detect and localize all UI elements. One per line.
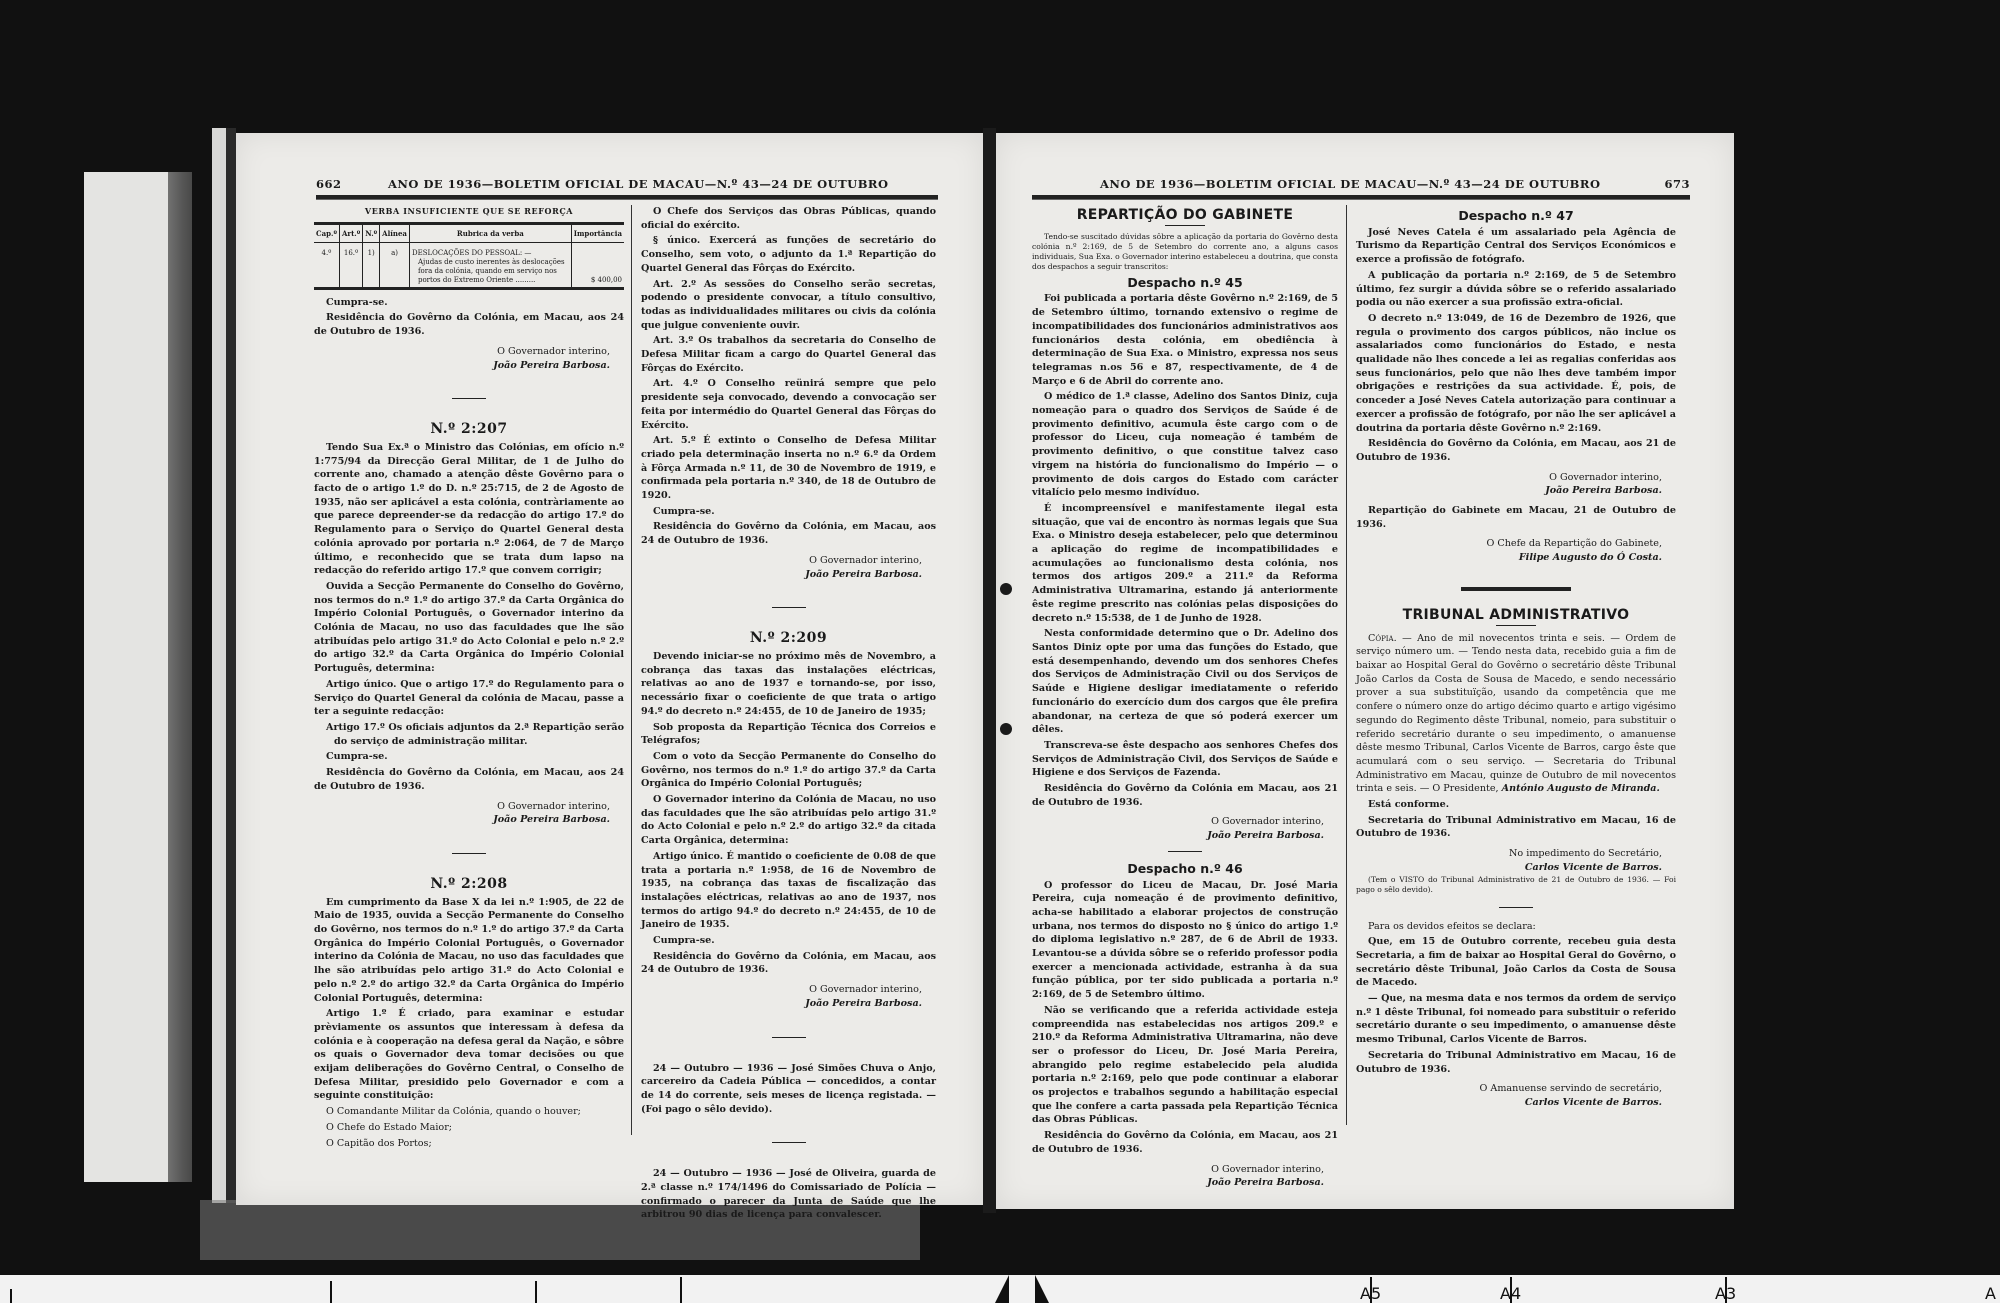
paragraph: O Chefe dos Serviços das Obras Públicas,… (641, 205, 936, 232)
binding-hole (1000, 583, 1012, 595)
signature-block: O Governador interino, João Pereira Barb… (1356, 471, 1676, 498)
section-divider (772, 1037, 806, 1038)
ruler-tick (10, 1289, 12, 1303)
despacho-46-body: O professor do Liceu de Macau, Dr. José … (1032, 879, 1338, 1128)
paragraph: § único. Exercerá as funções de secretár… (641, 234, 936, 275)
table-cell: 1) (363, 242, 380, 288)
signature-block: O Governador interino, João Pereira Barb… (314, 800, 624, 827)
section-divider (452, 853, 486, 854)
paragraph: Art. 5.º É extinto o Conselho de Defesa … (641, 434, 936, 503)
signatory-name: João Pereira Barbosa. (1032, 1176, 1324, 1190)
section-divider (1499, 907, 1533, 908)
thick-divider (1461, 587, 1571, 591)
paragraph: Que, em 15 de Outubro corrente, recebeu … (1356, 935, 1676, 990)
rubrica-cell: DESLOCAÇÕES DO PESSOAL: —Ajudas de custo… (409, 242, 571, 288)
signature-block: O Amanuense servindo de secretário, Carl… (1356, 1082, 1676, 1109)
paragraph: — Que, na mesma data e nos termos da ord… (1356, 992, 1676, 1047)
left-column-2: O Chefe dos Serviços das Obras Públicas,… (641, 205, 936, 1224)
decree-number: N.º 2:209 (641, 632, 936, 646)
secretaria-line: Secretaria do Tribunal Administrativo em… (1356, 1049, 1676, 1076)
paragraph: Com o voto da Secção Permanente do Conse… (641, 750, 936, 791)
signature-block: O Governador interino, João Pereira Barb… (1032, 815, 1338, 842)
declara-line: Para os devidos efeitos se declara: (1356, 920, 1676, 934)
table-header-cell: Importância (571, 223, 624, 242)
microfilm-ruler: A5 A4 A3 A (0, 1275, 2000, 1303)
paragraph: O Comandante Militar da Colónia, quando … (314, 1105, 624, 1119)
section-title: REPARTIÇÃO DO GABINETE (1032, 209, 1338, 223)
signatory-name: João Pereira Barbosa. (641, 568, 922, 582)
signature-block: O Chefe da Repartição do Gabinete, Filip… (1356, 537, 1676, 564)
cumpra-se: Cumpra-se. (314, 750, 624, 764)
table-header-cell: Rubrica da verba (409, 223, 571, 242)
table-cell: 4.º (314, 242, 339, 288)
residencia-line: Residência do Govêrno da Colónia, em Mac… (641, 950, 936, 977)
page-number: 673 (1664, 177, 1690, 191)
residencia-line: Residência do Govêrno da Colónia, em Mac… (314, 311, 624, 338)
signatory-name: Filipe Augusto do Ó Costa. (1356, 551, 1662, 565)
ruler-tick (680, 1277, 682, 1303)
council-members-list: O Comandante Militar da Colónia, quando … (314, 1105, 624, 1150)
despacho-45-body: Foi publicada a portaria dêste Govêrno n… (1032, 292, 1338, 780)
table-header-cell: Cap.º (314, 223, 339, 242)
table-row: 4.º16.º1)a)DESLOCAÇÕES DO PESSOAL: —Ajud… (314, 242, 624, 288)
table-header-cell: Art.º (339, 223, 362, 242)
paragraph: Sob proposta da Repartição Técnica dos C… (641, 721, 936, 748)
declaration-items: Que, em 15 de Outubro corrente, recebeu … (1356, 935, 1676, 1047)
conforme-line: Está conforme. (1356, 798, 1676, 812)
signatory-name: João Pereira Barbosa. (1356, 484, 1662, 498)
paragraph: Artigo único. É mantido o coeficiente de… (641, 850, 936, 932)
right-column-1: REPARTIÇÃO DO GABINETE Tendo-se suscitad… (1032, 205, 1338, 1190)
ruler-arrow-left (995, 1275, 1009, 1303)
paragraph: Ouvida a Secção Permanente do Conselho d… (314, 580, 624, 676)
quoted-article: Artigo 17.º Os oficiais adjuntos da 2.ª … (314, 721, 624, 748)
ruler-label: A5 (1360, 1284, 1381, 1303)
column-rule (631, 205, 632, 1135)
paragraph: O médico de 1.ª classe, Adelino dos Sant… (1032, 390, 1338, 500)
table-header-cell: Alínea (380, 223, 410, 242)
despacho-title: Despacho n.º 45 (1032, 276, 1338, 290)
despacho-47-body: José Neves Catela é um assalariado pela … (1356, 226, 1676, 436)
running-header: 662 ANO DE 1936—BOLETIM OFICIAL DE MACAU… (236, 173, 983, 195)
notice-entry: 24 — Outubro — 1936 — José de Oliveira, … (641, 1167, 936, 1222)
title-underline (1165, 225, 1205, 226)
binding-hole (1000, 723, 1012, 735)
paragraph: Tendo Sua Ex.ª o Ministro das Colónias, … (314, 441, 624, 578)
importancia-cell: $ 400,00 (571, 242, 624, 288)
paragraph: Foi publicada a portaria dêste Govêrno n… (1032, 292, 1338, 388)
signature-block: O Governador interino, João Pereira Barb… (641, 554, 936, 581)
ruler-arrow-right (1035, 1275, 1049, 1303)
adjacent-page-strip (84, 172, 192, 1182)
paragraph: Art. 4.º O Conselho reünirá sempre que p… (641, 377, 936, 432)
signature-block: O Governador interino, João Pereira Barb… (314, 345, 624, 372)
decree-2208-continuation: O Chefe dos Serviços das Obras Públicas,… (641, 205, 936, 503)
signatory-name: João Pereira Barbosa. (314, 813, 610, 827)
residencia-line: Residência do Govêrno da Colónia, em Mac… (1356, 437, 1676, 464)
paragraph: Transcreva-se êste despacho aos senhores… (1032, 739, 1338, 780)
table-cell: a) (380, 242, 410, 288)
header-rule (1032, 195, 1690, 200)
section-divider (772, 1142, 806, 1143)
paragraph: José Neves Catela é um assalariado pela … (1356, 226, 1676, 267)
paragraph: A publicação da portaria n.º 2:169, de 5… (1356, 269, 1676, 310)
paragraph: Não se verificando que a referida activi… (1032, 1004, 1338, 1127)
decree-2208-body: Em cumprimento da Base X da lei n.º 1:90… (314, 896, 624, 1104)
section-divider (772, 607, 806, 608)
signatory-name: João Pereira Barbosa. (641, 997, 922, 1011)
decree-number: N.º 2:208 (314, 878, 624, 892)
decree-2207-body: Tendo Sua Ex.ª o Ministro das Colónias, … (314, 441, 624, 719)
table-header-cell: N.º (363, 223, 380, 242)
right-column-2: Despacho n.º 47 José Neves Catela é um a… (1356, 205, 1676, 1110)
verba-table: Cap.ºArt.ºN.ºAlíneaRubrica da verbaImpor… (314, 222, 624, 290)
paragraph: Em cumprimento da Base X da lei n.º 1:90… (314, 896, 624, 1006)
header-rule (316, 195, 938, 200)
residencia-line: Residência do Govêrno da Colónia, em Mac… (1032, 1129, 1338, 1156)
verba-table-title: VERBA INSUFICIENTE QUE SE REFORÇA (314, 205, 624, 219)
paragraph: Devendo iniciar-se no próximo mês de Nov… (641, 650, 936, 719)
ruler-tick (330, 1281, 332, 1303)
paragraph: Art. 2.º As sessões do Conselho serão se… (641, 278, 936, 333)
residencia-line: Residência do Govêrno da Colónia, em Mac… (314, 766, 624, 793)
paragraph: O decreto n.º 13:049, de 16 de Dezembro … (1356, 312, 1676, 435)
paragraph: Artigo 1.º É criado, para examinar e est… (314, 1007, 624, 1103)
column-rule (1346, 205, 1347, 1125)
despacho-title: Despacho n.º 47 (1356, 209, 1676, 223)
decree-number: N.º 2:207 (314, 423, 624, 437)
page-edge-strip (212, 128, 226, 1203)
cumpra-se: Cumpra-se. (314, 296, 624, 310)
residencia-line: Residência do Govêrno da Colónia, em Mac… (641, 520, 936, 547)
section-divider (452, 398, 486, 399)
paragraph: Art. 3.º Os trabalhos da secretaria do C… (641, 334, 936, 375)
section-intro: Tendo-se suscitado dúvidas sôbre a aplic… (1032, 232, 1338, 272)
page-edge-shadow (226, 128, 236, 1203)
ruler-label: A3 (1715, 1284, 1736, 1303)
running-header-title: ANO DE 1936—BOLETIM OFICIAL DE MACAU—N.º… (342, 177, 935, 191)
paragraph: O Governador interino da Colónia de Maca… (641, 793, 936, 848)
signature-block: O Governador interino, João Pereira Barb… (641, 983, 936, 1010)
notice-entry: 24 — Outubro — 1936 — José Simões Chuva … (641, 1062, 936, 1117)
book-gutter (983, 128, 996, 1213)
despacho-title: Despacho n.º 46 (1032, 862, 1338, 876)
copia-paragraph: Cópia. — Ano de mil novecentos trinta e … (1356, 632, 1676, 796)
running-header-title: ANO DE 1936—BOLETIM OFICIAL DE MACAU—N.º… (1036, 177, 1664, 191)
cumpra-se: Cumpra-se. (641, 934, 936, 948)
signatory-name: Carlos Vicente de Barros. (1356, 1096, 1662, 1110)
running-header: ANO DE 1936—BOLETIM OFICIAL DE MACAU—N.º… (996, 173, 1734, 195)
paragraph: É incompreensível e manifestamente ilega… (1032, 502, 1338, 625)
ruler-tick (535, 1281, 537, 1303)
left-page: 662 ANO DE 1936—BOLETIM OFICIAL DE MACAU… (236, 133, 983, 1205)
signatory-name: Carlos Vicente de Barros. (1356, 861, 1662, 875)
visto-note: (Tem o VISTO do Tribunal Administrativo … (1356, 875, 1676, 895)
signatory-name: João Pereira Barbosa. (314, 359, 610, 373)
cumpra-se: Cumpra-se. (641, 505, 936, 519)
title-underline (1496, 625, 1536, 626)
signature-block: No impedimento do Secretário, Carlos Vic… (1356, 847, 1676, 874)
section-divider (1168, 851, 1202, 852)
paragraph: O Capitão dos Portos; (314, 1137, 624, 1151)
paragraph: Nesta conformidade determino que o Dr. A… (1032, 627, 1338, 737)
section-title: TRIBUNAL ADMINISTRATIVO (1356, 609, 1676, 623)
right-page: ANO DE 1936—BOLETIM OFICIAL DE MACAU—N.º… (996, 133, 1734, 1209)
signature-block: O Governador interino, João Pereira Barb… (1032, 1163, 1338, 1190)
signatory-name: João Pereira Barbosa. (1032, 829, 1324, 843)
paragraph: O professor do Liceu de Macau, Dr. José … (1032, 879, 1338, 1002)
ruler-label: A4 (1500, 1284, 1521, 1303)
film-smudge (168, 172, 192, 1182)
paragraph: O Chefe do Estado Maior; (314, 1121, 624, 1135)
decree-2209-body: Devendo iniciar-se no próximo mês de Nov… (641, 650, 936, 932)
table-cell: 16.º (339, 242, 362, 288)
left-column-1: VERBA INSUFICIENTE QUE SE REFORÇA Cap.ºA… (314, 205, 624, 1152)
residencia-line: Residência do Govêrno da Colónia em Maca… (1032, 782, 1338, 809)
gabinete-closing: Repartição do Gabinete em Macau, 21 de O… (1356, 504, 1676, 531)
ruler-label: A (1985, 1284, 1996, 1303)
secretaria-line: Secretaria do Tribunal Administrativo em… (1356, 814, 1676, 841)
page-number: 662 (316, 177, 342, 191)
paragraph: Artigo único. Que o artigo 17.º do Regul… (314, 678, 624, 719)
